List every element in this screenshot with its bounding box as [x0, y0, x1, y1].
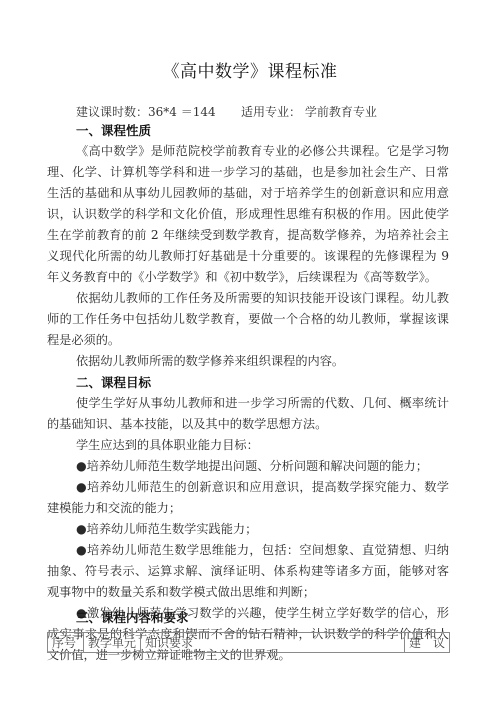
section-heading-content: 三、课程内容和要求	[76, 608, 189, 626]
section-heading-nature: 一、课程性质	[47, 120, 449, 141]
suggested-hours: 建议课时数：36*4 ＝144	[76, 105, 216, 119]
bullet-item: ●培养幼儿师范生数学地提出问题、分析问题和解决问题的能力；	[47, 456, 449, 477]
col-header-unit: 教学单元	[84, 633, 141, 653]
section-heading-goals: 二、课程目标	[47, 372, 449, 393]
paragraph: 依据幼儿教师所需的数学修养来组织课程的内容。	[47, 351, 449, 372]
document-page: 《高中数学》课程标准 建议课时数：36*4 ＝144 适用专业： 学前教育专业 …	[0, 0, 500, 707]
paragraph: 学生应达到的具体职业能力目标：	[47, 435, 449, 456]
paragraph: 《高中数学》是师范院校学前教育专业的必修公共课程。它是学习物理、化学、计算机等学…	[47, 141, 449, 288]
bullet-item: ●培养幼儿师范生数学思维能力，包括：空间想象、直觉猜想、归纳抽象、符号表示、运算…	[47, 540, 449, 603]
col-header-suggestion: 建 议	[404, 633, 449, 653]
col-header-knowledge: 知识要求	[141, 633, 405, 653]
table-header-row: 序号 教学单元 知识要求 建 议	[48, 633, 450, 653]
bullet-item: ●培养幼儿师范生数学实践能力；	[47, 519, 449, 540]
course-meta: 建议课时数：36*4 ＝144 适用专业： 学前教育专业	[76, 103, 216, 120]
applicable-major: 适用专业： 学前教育专业	[241, 103, 377, 120]
paragraph: 依据幼儿教师的工作任务及所需要的知识技能开设该门课程。幼儿教师的工作任务中包括幼…	[47, 288, 449, 351]
document-body: 一、课程性质 《高中数学》是师范院校学前教育专业的必修公共课程。它是学习物理、化…	[47, 120, 449, 666]
bullet-item: ●培养幼儿师范生的创新意识和应用意识，提高数学探究能力、数学建模能力和交流的能力…	[47, 477, 449, 519]
paragraph: 使学生学好从事幼儿教师和进一步学习所需的代数、几何、概率统计的基础知识、基本技能…	[47, 393, 449, 435]
course-content-table: 序号 教学单元 知识要求 建 议	[47, 632, 450, 653]
document-title: 《高中数学》课程标准	[0, 57, 500, 82]
col-header-index: 序号	[48, 633, 84, 653]
